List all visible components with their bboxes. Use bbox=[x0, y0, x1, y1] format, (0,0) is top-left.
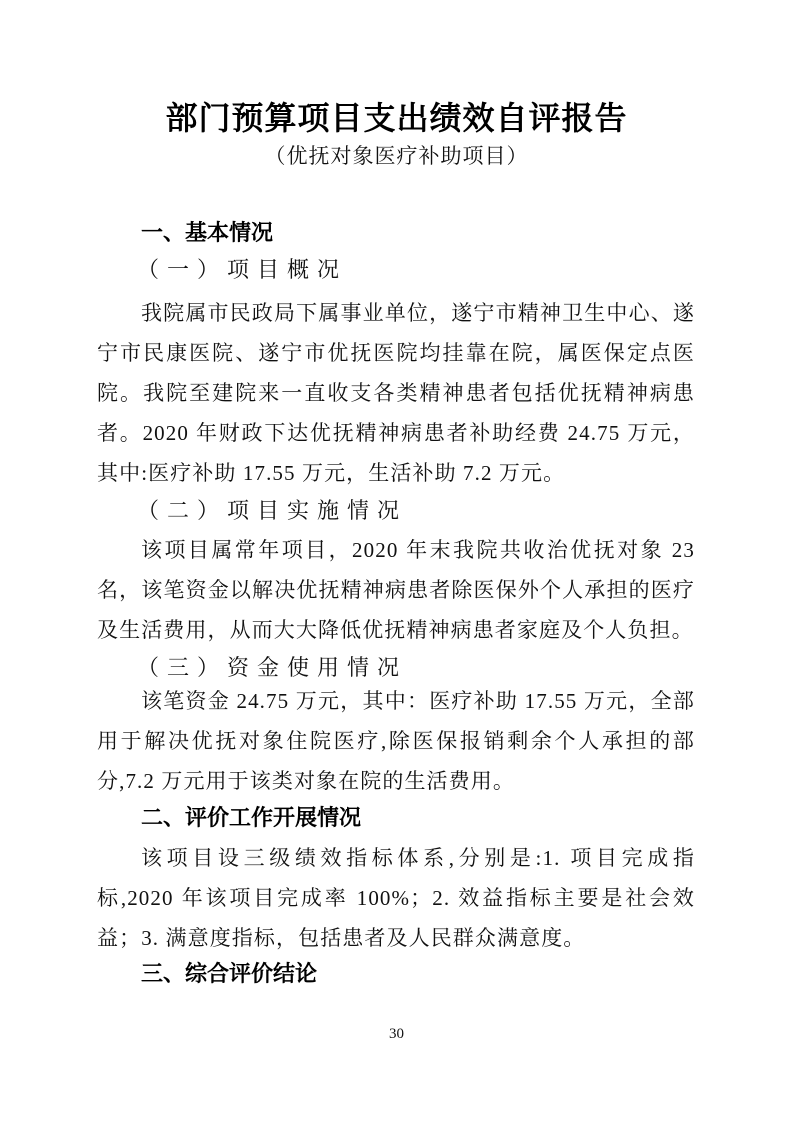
document-subtitle: （优抚对象医疗补助项目） bbox=[0, 141, 793, 171]
paragraph-project-overview: 我院属市民政局下属事业单位，遂宁市精神卫生中心、遂宁市民康医院、遂宁市优抚医院均… bbox=[97, 293, 695, 493]
page-number: 30 bbox=[0, 1024, 793, 1044]
subsection-heading-project-overview: （一）项目概况 bbox=[97, 254, 695, 286]
subsection-heading-project-implementation: （二）项目实施情况 bbox=[97, 495, 695, 527]
section-heading-basic-situation: 一、基本情况 bbox=[97, 217, 695, 249]
section-heading-evaluation-work: 二、评价工作开展情况 bbox=[97, 802, 695, 834]
subsection-heading-fund-usage: （三）资金使用情况 bbox=[97, 652, 695, 684]
section-heading-comprehensive-conclusion: 三、综合评价结论 bbox=[97, 958, 695, 990]
paragraph-project-implementation: 该项目属常年项目，2020 年末我院共收治优抚对象 23 名，该笔资金以解决优抚… bbox=[97, 530, 695, 650]
paragraph-fund-usage: 该笔资金 24.75 万元，其中：医疗补助 17.55 万元，全部用于解决优抚对… bbox=[97, 681, 695, 801]
paragraph-evaluation-work: 该项目设三级绩效指标体系,分别是:1. 项目完成指标,2020 年该项目完成率 … bbox=[97, 838, 695, 958]
document-page: 部门预算项目支出绩效自评报告 （优抚对象医疗补助项目） 一、基本情况 （一）项目… bbox=[0, 0, 793, 1122]
document-title: 部门预算项目支出绩效自评报告 bbox=[0, 96, 793, 140]
